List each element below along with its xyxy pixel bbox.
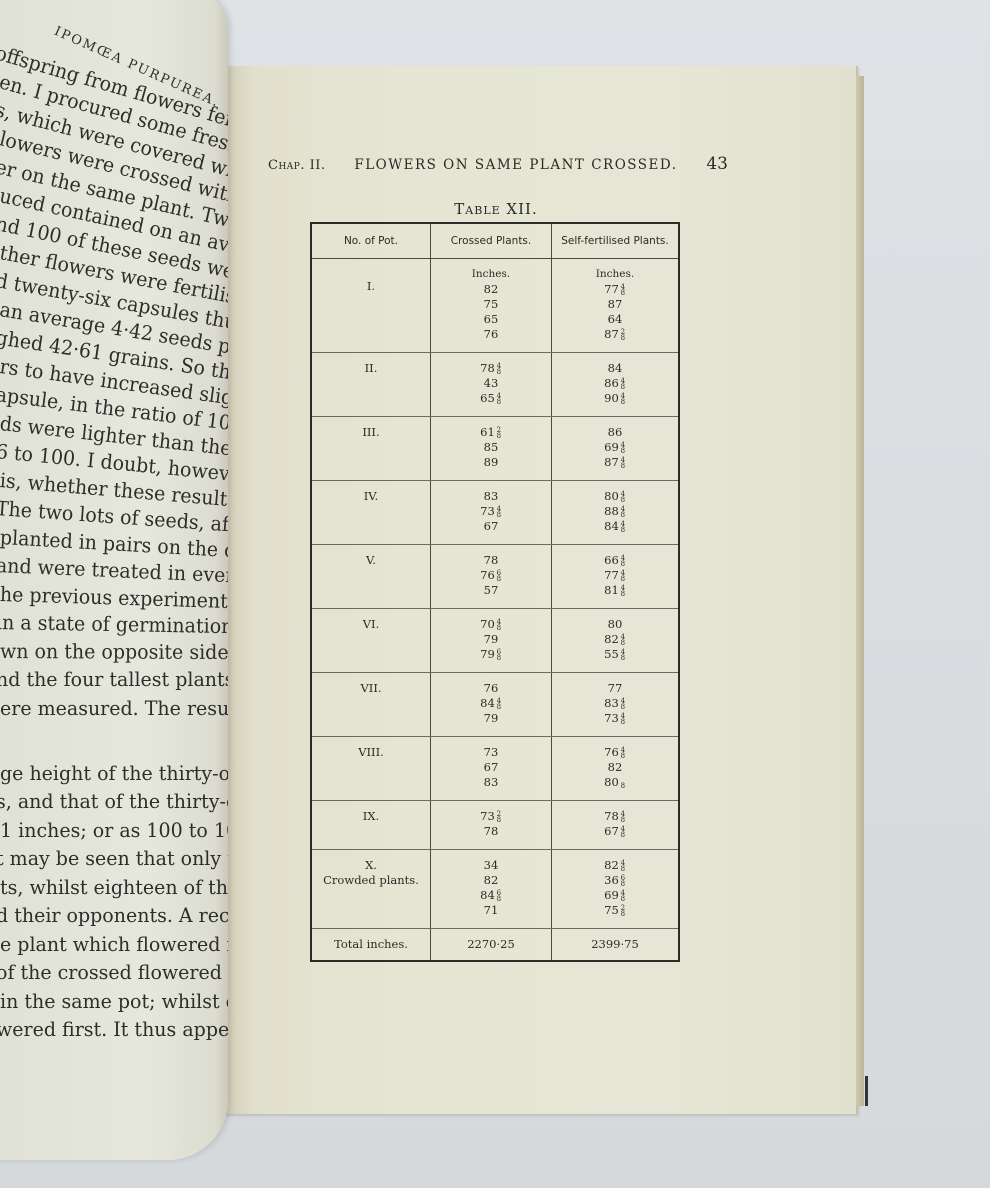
fraction: 48 — [620, 378, 626, 390]
pot-note: Crowded plants. — [312, 873, 430, 888]
measurement: 7748 — [552, 568, 678, 583]
measurement: 75 — [431, 297, 551, 312]
pot-number: X.Crowded plants. — [311, 850, 431, 929]
left-page: IPOMŒA PURPUREA. offspring from flowers … — [0, 0, 228, 1160]
total-crossed: 2270·25 — [431, 929, 552, 962]
fraction: 28 — [620, 905, 626, 917]
measurement: 85 — [431, 440, 551, 455]
measurement: 7048 — [431, 617, 551, 632]
pot-number: V. — [311, 545, 431, 609]
measurement: 57 — [431, 583, 551, 598]
header-pot: No. of Pot. — [311, 223, 431, 259]
fraction: 48 — [496, 619, 502, 631]
measurement: 43 — [431, 376, 551, 391]
fraction: 28 — [620, 329, 626, 341]
fraction: 48 — [496, 363, 502, 375]
fraction: 48 — [620, 585, 626, 597]
pot-number: I. — [311, 259, 431, 353]
measurement: 8648 — [552, 376, 678, 391]
fraction: 68 — [496, 570, 502, 582]
table-row: VI.70487979688082485548 — [311, 609, 679, 673]
table-caption: Table XII. — [216, 200, 776, 218]
measurement: 82 — [431, 282, 551, 297]
measurement: 83 — [431, 775, 551, 790]
self-fertilised-values: 78486748 — [552, 801, 680, 850]
measurement: 8348 — [552, 696, 678, 711]
measurement: 83 — [431, 489, 551, 504]
fraction: 48 — [620, 634, 626, 646]
pot-number: II. — [311, 353, 431, 417]
measurement: 8448 — [431, 696, 551, 711]
crossed-values: 732878 — [431, 801, 552, 850]
fraction: 68 — [496, 649, 502, 661]
measurement: 67 — [431, 519, 551, 534]
fraction: 48 — [620, 713, 626, 725]
data-table: No. of Pot. Crossed Plants. Self-fertili… — [310, 222, 680, 962]
crossed-values: 3482846871 — [431, 850, 552, 929]
self-fertilised-values: 7783487348 — [552, 673, 680, 737]
measurement: 7848 — [431, 361, 551, 376]
text-line: nd the four tallest plants on each — [0, 667, 228, 691]
measurement: 8248 — [552, 858, 678, 873]
crossed-values: 7048797968 — [431, 609, 552, 673]
text-line: wn on the opposite sides of a la — [0, 639, 228, 664]
measurement: 76 — [431, 681, 551, 696]
fraction: 48 — [620, 521, 626, 533]
table-row: V.78766857664877488148 — [311, 545, 679, 609]
measurement: 7348 — [552, 711, 678, 726]
measurement: 67 — [431, 760, 551, 775]
unit-label: Inches. — [552, 267, 678, 282]
fraction: 48 — [496, 393, 502, 405]
table-header-row: No. of Pot. Crossed Plants. Self-fertili… — [311, 223, 679, 259]
fraction: 8 — [620, 777, 626, 789]
measurement: 9048 — [552, 391, 678, 406]
self-fertilised-values: 8669488748 — [552, 417, 680, 481]
right-page: Chap. II. FLOWERS ON SAME PLANT CROSSED.… — [216, 66, 858, 1114]
measurement: 7648 — [552, 745, 678, 760]
fraction: 48 — [496, 506, 502, 518]
fraction: 48 — [620, 284, 626, 296]
measurement: 8248 — [552, 632, 678, 647]
measurement: 8148 — [552, 583, 678, 598]
measurement: 6548 — [431, 391, 551, 406]
fraction: 48 — [620, 506, 626, 518]
self-fertilised-values: 76488280 8 — [552, 737, 680, 801]
self-fertilised-values: 664877488148 — [552, 545, 680, 609]
crossed-values: Inches.82756576 — [431, 259, 552, 353]
text-line: s, and that of the thirty-one self-fe — [0, 789, 228, 813]
measurement: 77 — [552, 681, 678, 696]
measurement: 78 — [431, 824, 551, 839]
fraction: 48 — [620, 491, 626, 503]
measurement: 6948 — [552, 440, 678, 455]
unit-label: Inches. — [431, 267, 551, 282]
text-line: of the crossed flowered before one — [0, 960, 228, 984]
measurement: 7848 — [552, 809, 678, 824]
total-row: Total inches.2270·252399·75 — [311, 929, 679, 962]
measurement: 7748 — [552, 282, 678, 297]
measurement: 82 — [552, 760, 678, 775]
measurement: 89 — [431, 455, 551, 470]
fraction: 48 — [620, 555, 626, 567]
measurement: 6128 — [431, 425, 551, 440]
fraction: 48 — [620, 393, 626, 405]
measurement: 8728 — [552, 327, 678, 342]
crossed-values: 76844879 — [431, 673, 552, 737]
chapter-label: Chap. II. — [268, 158, 326, 173]
text-line: ts, whilst eighteen of the self-fe — [0, 875, 228, 899]
measurement: 7328 — [431, 809, 551, 824]
table-row: IX.73287878486748 — [311, 801, 679, 850]
text-line: ge height of the thirty-one crossed p — [0, 761, 228, 785]
fraction: 48 — [620, 698, 626, 710]
measurement: 79 — [431, 711, 551, 726]
text-line: 1 inches; or as 100 to 106. Loo — [0, 818, 228, 842]
fraction: 48 — [620, 747, 626, 759]
measurement: 64 — [552, 312, 678, 327]
fraction: 48 — [620, 457, 626, 469]
fraction: 48 — [620, 890, 626, 902]
measurement: 8848 — [552, 504, 678, 519]
fraction: 48 — [620, 442, 626, 454]
pot-number: VII. — [311, 673, 431, 737]
measurement: 82 — [431, 873, 551, 888]
table-row: IV.83734867804888488448 — [311, 481, 679, 545]
measurement: 34 — [431, 858, 551, 873]
fraction: 48 — [620, 570, 626, 582]
running-head: Chap. II. FLOWERS ON SAME PLANT CROSSED.… — [268, 154, 728, 174]
total-self: 2399·75 — [552, 929, 680, 962]
crossed-values: 83734867 — [431, 481, 552, 545]
fraction: 48 — [620, 811, 626, 823]
measurement: 3668 — [552, 873, 678, 888]
crossed-values: 736783 — [431, 737, 552, 801]
table-row: VII.768448797783487348 — [311, 673, 679, 737]
text-line: e plant which flowered first in each — [0, 932, 228, 956]
cover-edge — [865, 1076, 868, 1106]
self-fertilised-values: 8082485548 — [552, 609, 680, 673]
text-line: in a state of germination and — [0, 610, 228, 639]
measurement: 7528 — [552, 903, 678, 918]
table-row: II.78484365488486489048 — [311, 353, 679, 417]
measurement: 8468 — [431, 888, 551, 903]
crossed-values: 78766857 — [431, 545, 552, 609]
table-row: VIII.73678376488280 8 — [311, 737, 679, 801]
fraction: 68 — [620, 875, 626, 887]
self-fertilised-values: 8248366869487528 — [552, 850, 680, 929]
header-crossed: Crossed Plants. — [431, 223, 552, 259]
measurement: 7968 — [431, 647, 551, 662]
text-line: ere measured. The result is giv — [0, 696, 228, 720]
measurement: 65 — [431, 312, 551, 327]
self-fertilised-values: 804888488448 — [552, 481, 680, 545]
text-line: wered first. It thus appears th — [0, 1017, 228, 1041]
measurement: 79 — [431, 632, 551, 647]
chapter-title: FLOWERS ON SAME PLANT CROSSED. — [354, 157, 677, 173]
measurement: 6648 — [552, 553, 678, 568]
total-label: Total inches. — [311, 929, 431, 962]
measurement: 78 — [431, 553, 551, 568]
crossed-values: 61288589 — [431, 417, 552, 481]
self-fertilised-values: 8486489048 — [552, 353, 680, 417]
measurement: 87 — [552, 297, 678, 312]
fraction: 48 — [496, 698, 502, 710]
pot-number: IX. — [311, 801, 431, 850]
pot-number: IV. — [311, 481, 431, 545]
fraction: 68 — [496, 890, 502, 902]
measurement: 80 8 — [552, 775, 678, 790]
measurement: 71 — [431, 903, 551, 918]
fraction: 28 — [496, 811, 502, 823]
fraction: 48 — [620, 649, 626, 661]
measurement: 5548 — [552, 647, 678, 662]
pot-number: VI. — [311, 609, 431, 673]
measurement: 86 — [552, 425, 678, 440]
fraction: 48 — [620, 860, 626, 872]
measurement: 6948 — [552, 888, 678, 903]
table-body: I.Inches.82756576Inches.774887648728II.7… — [311, 259, 679, 962]
pot-number: III. — [311, 417, 431, 481]
measurement: 80 — [552, 617, 678, 632]
measurement: 7348 — [431, 504, 551, 519]
page-number: 43 — [706, 154, 728, 174]
text-line: in the same pot; whilst eight of the — [0, 989, 228, 1013]
self-fertilised-values: Inches.774887648728 — [552, 259, 680, 353]
table-row: I.Inches.82756576Inches.774887648728 — [311, 259, 679, 353]
pot-number: VIII. — [311, 737, 431, 801]
measurement: 6748 — [552, 824, 678, 839]
measurement: 73 — [431, 745, 551, 760]
measurement: 8448 — [552, 519, 678, 534]
text-line: t may be seen that only thirteen — [0, 846, 228, 870]
text-line: d their opponents. A record was k — [0, 903, 228, 927]
fraction: 48 — [620, 826, 626, 838]
measurement: 84 — [552, 361, 678, 376]
measurement: 7668 — [431, 568, 551, 583]
measurement: 8048 — [552, 489, 678, 504]
table-row: X.Crowded plants.34828468718248366869487… — [311, 850, 679, 929]
fraction: 28 — [496, 427, 502, 439]
measurement: 8748 — [552, 455, 678, 470]
measurement: 76 — [431, 327, 551, 342]
header-self: Self-fertilised Plants. — [552, 223, 680, 259]
crossed-values: 7848436548 — [431, 353, 552, 417]
page-edge — [856, 76, 864, 1106]
table-row: III.612885898669488748 — [311, 417, 679, 481]
